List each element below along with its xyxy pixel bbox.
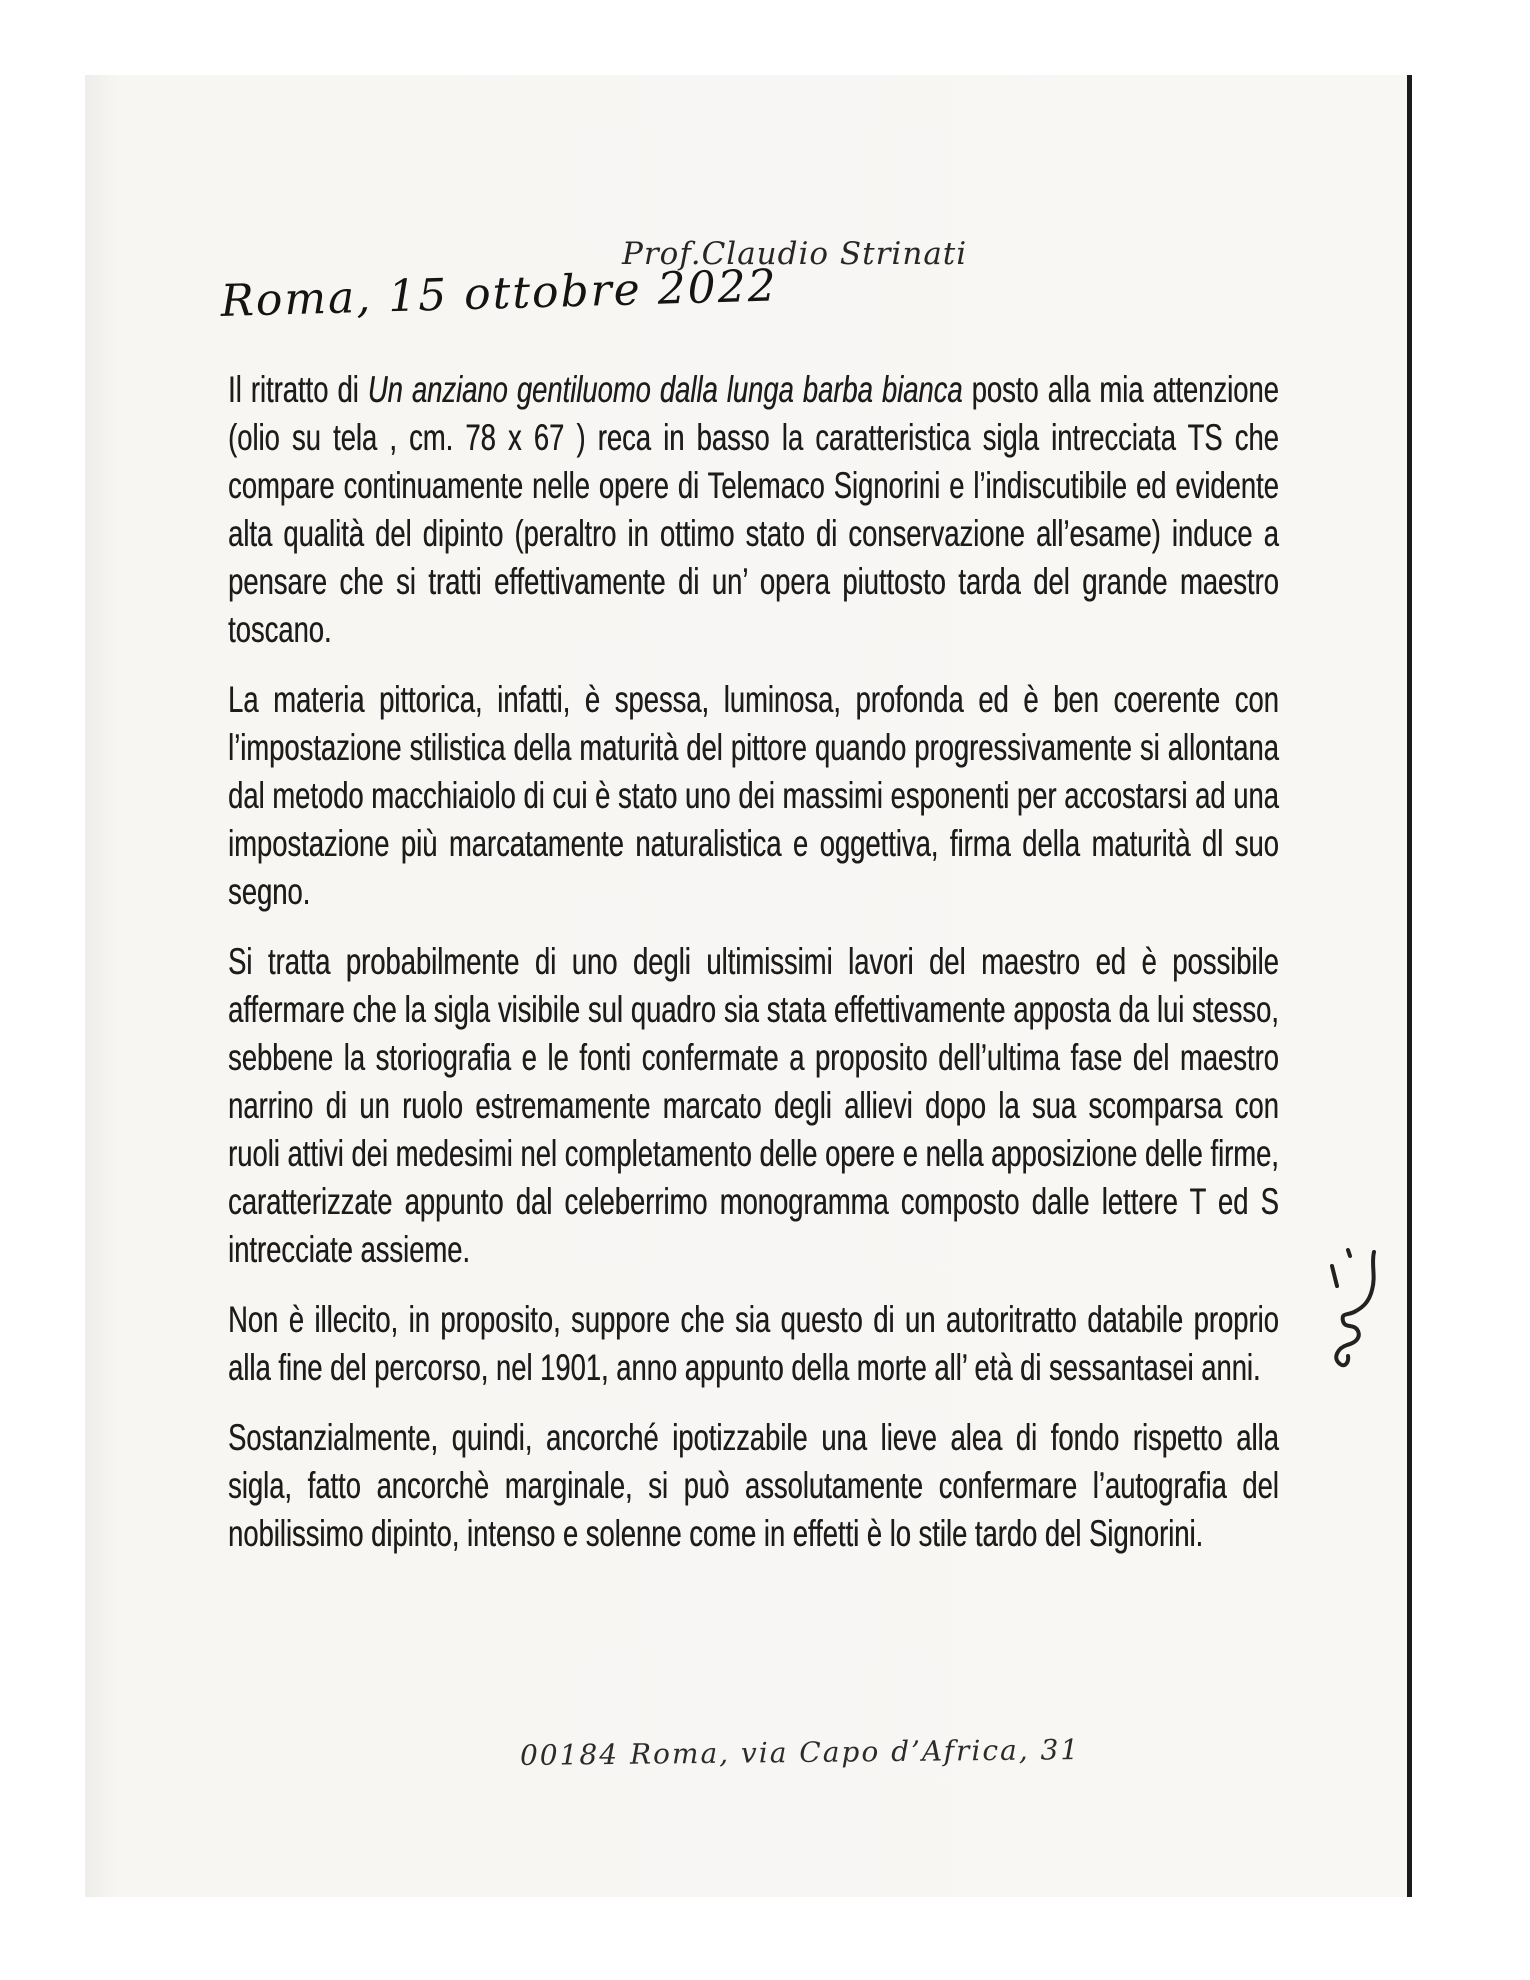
paragraph-5: Sostanzialmente, quindi, ancorché ipotiz… <box>228 1414 1279 1558</box>
paragraph-3: Si tratta probabilmente di uno degli ult… <box>228 938 1279 1274</box>
paragraph-1: Il ritratto di Un anziano gentiluomo dal… <box>228 366 1279 654</box>
letter-body: Il ritratto di Un anziano gentiluomo dal… <box>228 366 1279 1580</box>
paragraph-2: La materia pittorica, infatti, è spessa,… <box>228 676 1279 916</box>
initials-stroke <box>1332 1250 1374 1365</box>
paragraph-4: Non è illecito, in proposito, suppore ch… <box>228 1296 1279 1392</box>
scanned-letter-page: Prof.Claudio Strinati Roma, 15 ottobre 2… <box>0 0 1530 1980</box>
handwritten-initials <box>1318 1240 1392 1384</box>
footer-address: 00184 Roma, via Capo d’Africa, 31 <box>520 1733 1081 1772</box>
paragraph-1-lead: Il ritratto di <box>228 369 368 410</box>
artwork-title: Un anziano gentiluomo dalla lunga barba … <box>368 369 963 410</box>
paragraph-1-rest: posto alla mia attenzione (olio su tela … <box>228 369 1279 650</box>
